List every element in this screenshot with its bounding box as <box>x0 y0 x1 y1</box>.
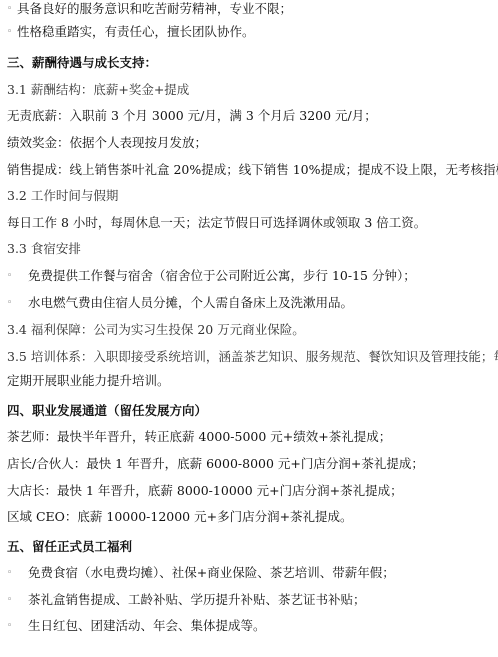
bullet-icon: ◦ <box>7 568 12 578</box>
bullet-icon: ◦ <box>7 595 12 605</box>
career-path-line: 茶艺师：最快半年晋升，转正底薪 4000-5000 元+绩效+茶礼提成； <box>7 429 391 445</box>
list-item: 茶礼盒销售提成、工龄补贴、学历提升补贴、茶艺证书补贴； <box>28 592 366 608</box>
section-heading: 三、薪酬待遇与成长支持： <box>7 55 157 71</box>
bullet-icon: ◦ <box>7 621 12 631</box>
body-line: 每日工作 8 小时，每周休息一天；法定节假日可选择调休或领取 3 倍工资。 <box>7 215 426 231</box>
requirement-line: 具备良好的服务意识和吃苦耐劳精神，专业不限； <box>17 1 292 17</box>
subsection-title: 3.4 福利保障：公司为实习生投保 20 万元商业保险。 <box>7 322 305 338</box>
list-item: 免费提供工作餐与宿舍（宿舍位于公司附近公寓，步行 10-15 分钟）； <box>28 268 416 284</box>
bullet-icon: ◦ <box>7 271 12 281</box>
list-item: 免费食宿（水电费均摊）、社保+商业保险、茶艺培训、带薪年假； <box>28 565 395 581</box>
body-line: 定期开展职业能力提升培训。 <box>7 373 170 389</box>
career-path-line: 区域 CEO：底薪 10000-12000 元+多门店分润+茶礼提成。 <box>7 509 353 525</box>
salary-line: 绩效奖金：依据个人表现按月发放； <box>7 135 207 151</box>
subsection-title: 3.2 工作时间与假期 <box>7 188 118 204</box>
bullet-icon: ◦ <box>7 4 12 14</box>
section-heading: 四、职业发展通道（留任发展方向） <box>7 403 207 419</box>
bullet-icon: ◦ <box>7 27 12 37</box>
subsection-title: 3.5 培训体系：入职即接受系统培训，涵盖茶艺知识、服务规范、餐饮知识及管理技能… <box>7 349 498 365</box>
salary-line: 无责底薪：入职前 3 个月 3000 元/月，满 3 个月后 3200 元/月； <box>7 108 377 124</box>
bullet-icon: ◦ <box>7 298 12 308</box>
subsection-title: 3.1 薪酬结构：底薪+奖金+提成 <box>7 82 189 98</box>
career-path-line: 大店长：最快 1 年晋升，底薪 8000-10000 元+门店分润+茶礼提成； <box>7 483 403 499</box>
list-item: 生日红包、团建活动、年会、集体提成等。 <box>28 618 266 634</box>
salary-line: 销售提成：线上销售茶叶礼盒 20%提成；线下销售 10%提成；提成不设上限，无考… <box>7 162 498 178</box>
subsection-title: 3.3 食宿安排 <box>7 241 81 257</box>
list-item: 水电燃气费由住宿人员分摊，个人需自备床上及洗漱用品。 <box>28 295 353 311</box>
career-path-line: 店长/合伙人：最快 1 年晋升，底薪 6000-8000 元+门店分润+茶礼提成… <box>7 456 424 472</box>
requirement-line: 性格稳重踏实，有责任心，擅长团队协作。 <box>17 24 255 40</box>
section-heading: 五、留任正式员工福利 <box>7 539 132 555</box>
